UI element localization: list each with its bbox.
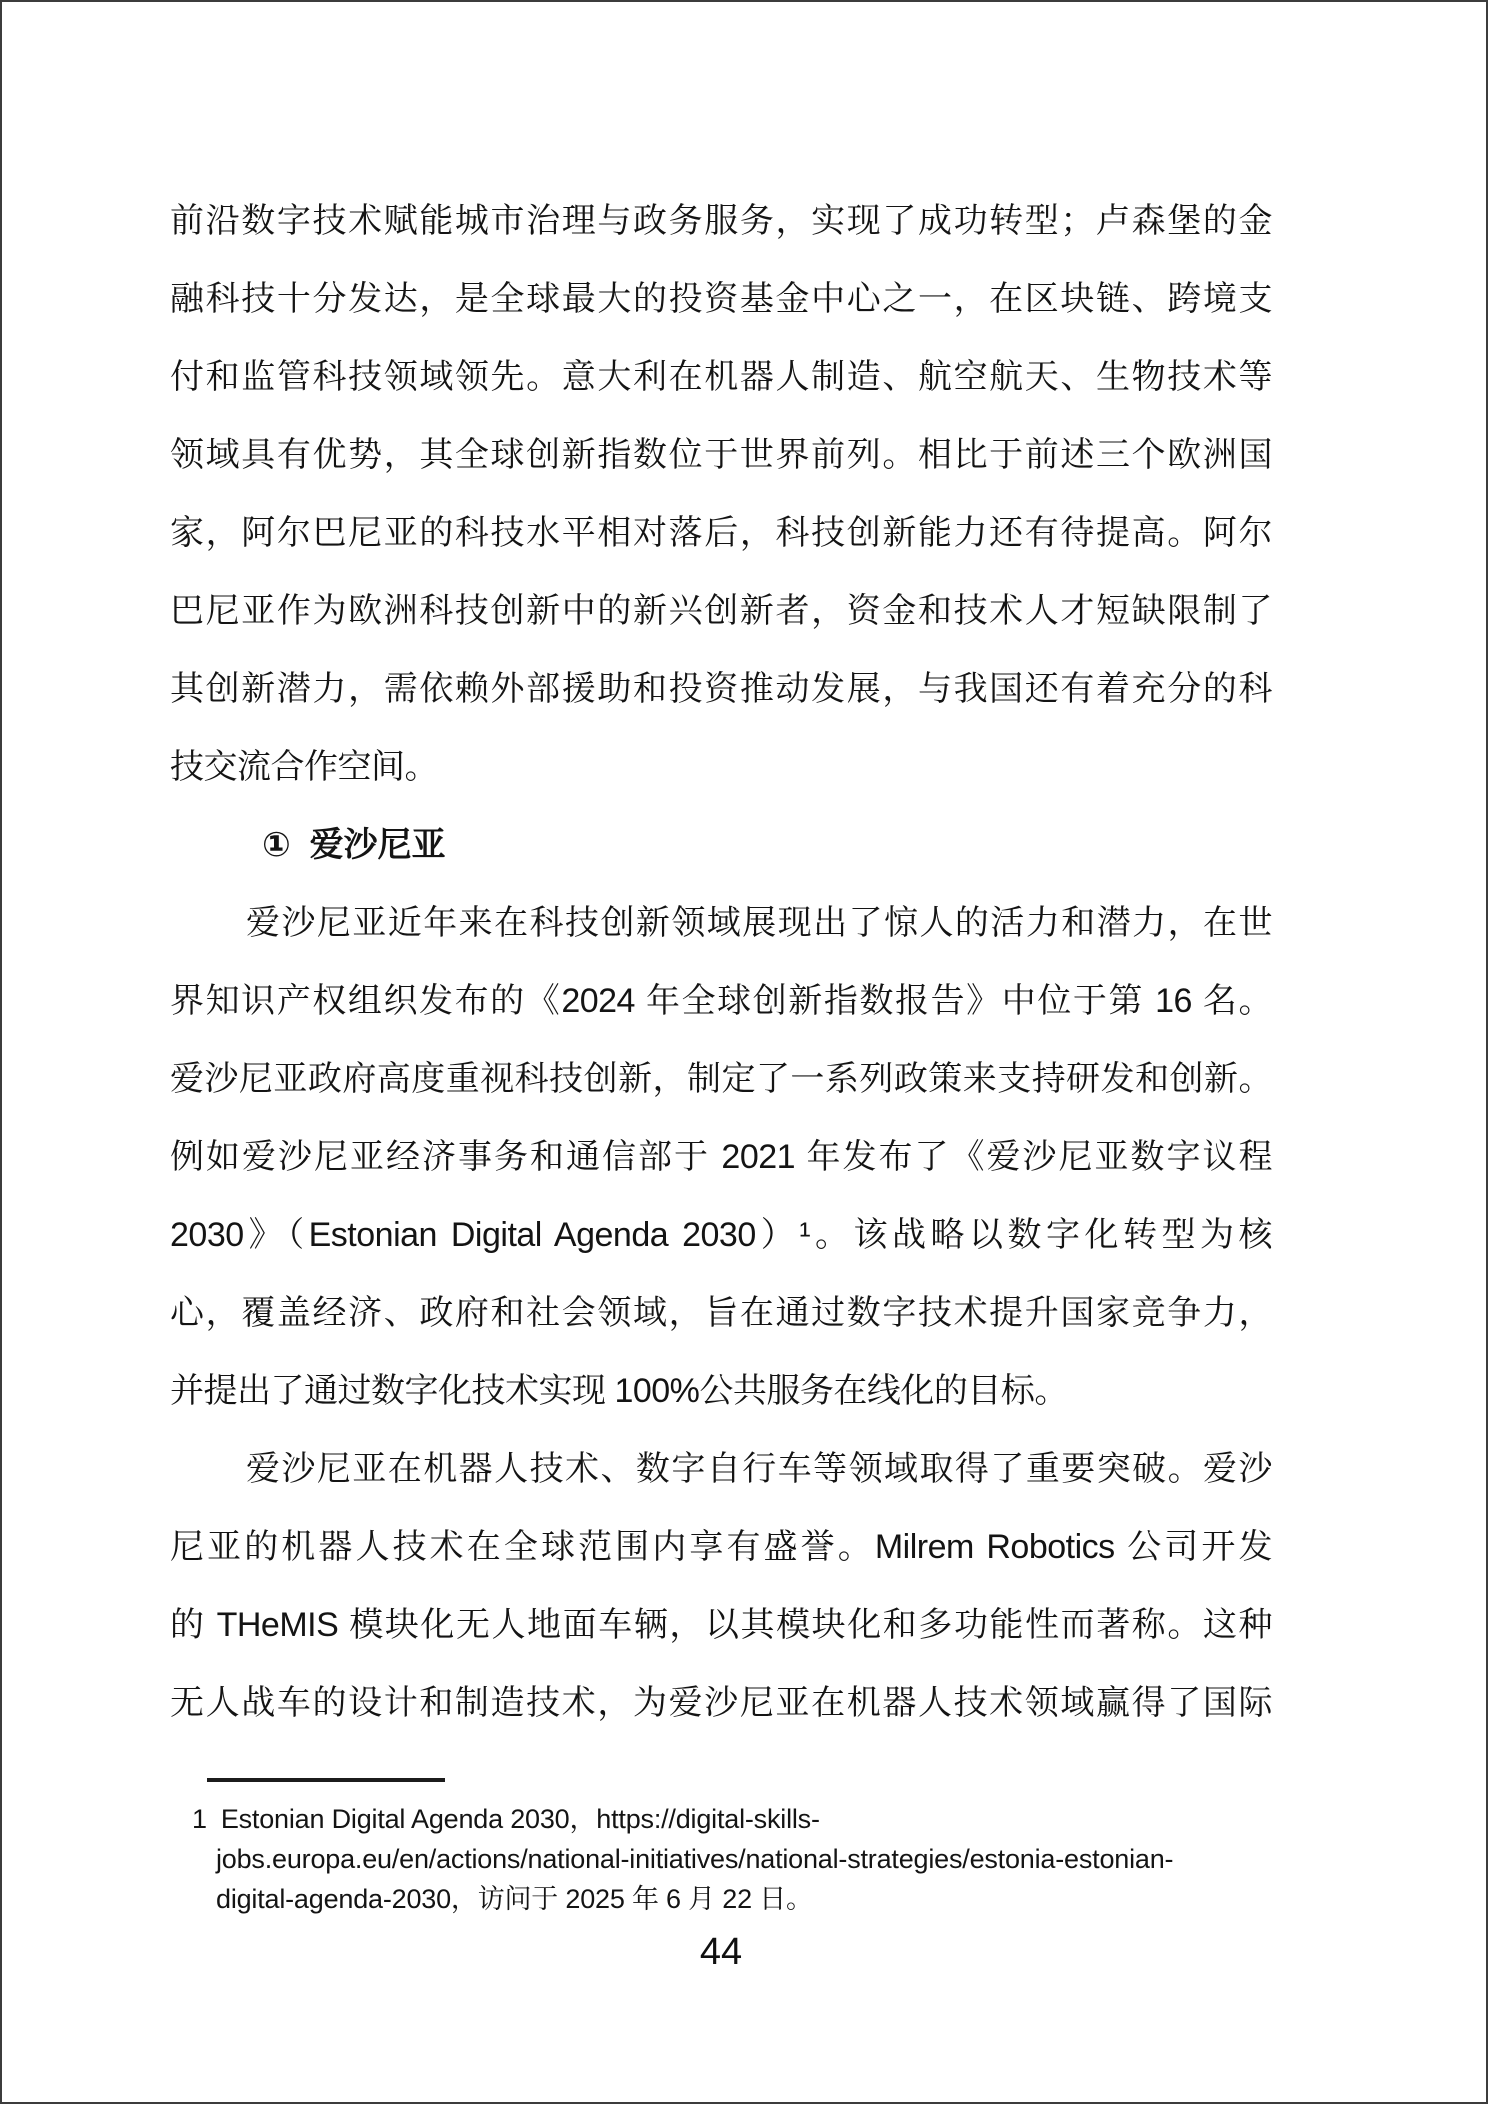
body-line: 并提出了通过数字化技术实现 100%公共服务在线化的目标。 [170,1352,1272,1430]
footnote-marker: 1 [192,1804,207,1834]
body-line: 2030》（Estonian Digital Agenda 2030）¹。该战略… [170,1196,1272,1274]
body-line: 心，覆盖经济、政府和社会领域，旨在通过数字技术提升国家竞争力， [170,1274,1272,1352]
document-body: 前沿数字技术赋能城市治理与政务服务，实现了成功转型；卢森堡的金融科技十分发达，是… [170,182,1272,1742]
footnote-line: 1Estonian Digital Agenda 2030，https://di… [192,1799,1312,1839]
body-line: 付和监管科技领域领先。意大利在机器人制造、航空航天、生物技术等 [170,338,1272,416]
body-line: 界知识产权组织发布的《2024 年全球创新指数报告》中位于第 16 名。 [170,962,1272,1040]
body-line: 巴尼亚作为欧洲科技创新中的新兴创新者，资金和技术人才短缺限制了 [170,572,1272,650]
footnote-line: jobs.europa.eu/en/actions/national-initi… [192,1839,1312,1879]
document-page: 前沿数字技术赋能城市治理与政务服务，实现了成功转型；卢森堡的金融科技十分发达，是… [0,0,1488,2104]
body-line: 融科技十分发达，是全球最大的投资基金中心之一，在区块链、跨境支 [170,260,1272,338]
footnote-separator [207,1778,445,1782]
body-line: 前沿数字技术赋能城市治理与政务服务，实现了成功转型；卢森堡的金 [170,182,1272,260]
body-line: 领域具有优势，其全球创新指数位于世界前列。相比于前述三个欧洲国 [170,416,1272,494]
section-heading: ① 爱沙尼亚 [170,806,1272,884]
body-line: 家，阿尔巴尼亚的科技水平相对落后，科技创新能力还有待提高。阿尔 [170,494,1272,572]
body-line: 的 THeMIS 模块化无人地面车辆，以其模块化和多功能性而著称。这种 [170,1586,1272,1664]
body-line: 技交流合作空间。 [170,728,1272,806]
body-line: 爱沙尼亚政府高度重视科技创新，制定了一系列政策来支持研发和创新。 [170,1040,1272,1118]
footnote-line: digital-agenda-2030，访问于 2025 年 6 月 22 日。 [192,1879,1312,1919]
body-line: 爱沙尼亚近年来在科技创新领域展现出了惊人的活力和潜力，在世 [170,884,1272,962]
page-number: 44 [170,1932,1272,1972]
body-line: 尼亚的机器人技术在全球范围内享有盛誉。Milrem Robotics 公司开发 [170,1508,1272,1586]
body-line: 例如爱沙尼亚经济事务和通信部于 2021 年发布了《爱沙尼亚数字议程 [170,1118,1272,1196]
body-line: 爱沙尼亚在机器人技术、数字自行车等领域取得了重要突破。爱沙 [170,1430,1272,1508]
footnote: 1Estonian Digital Agenda 2030，https://di… [192,1799,1312,1919]
body-line: 无人战车的设计和制造技术，为爱沙尼亚在机器人技术领域赢得了国际 [170,1664,1272,1742]
body-line: 其创新潜力，需依赖外部援助和投资推动发展，与我国还有着充分的科 [170,650,1272,728]
